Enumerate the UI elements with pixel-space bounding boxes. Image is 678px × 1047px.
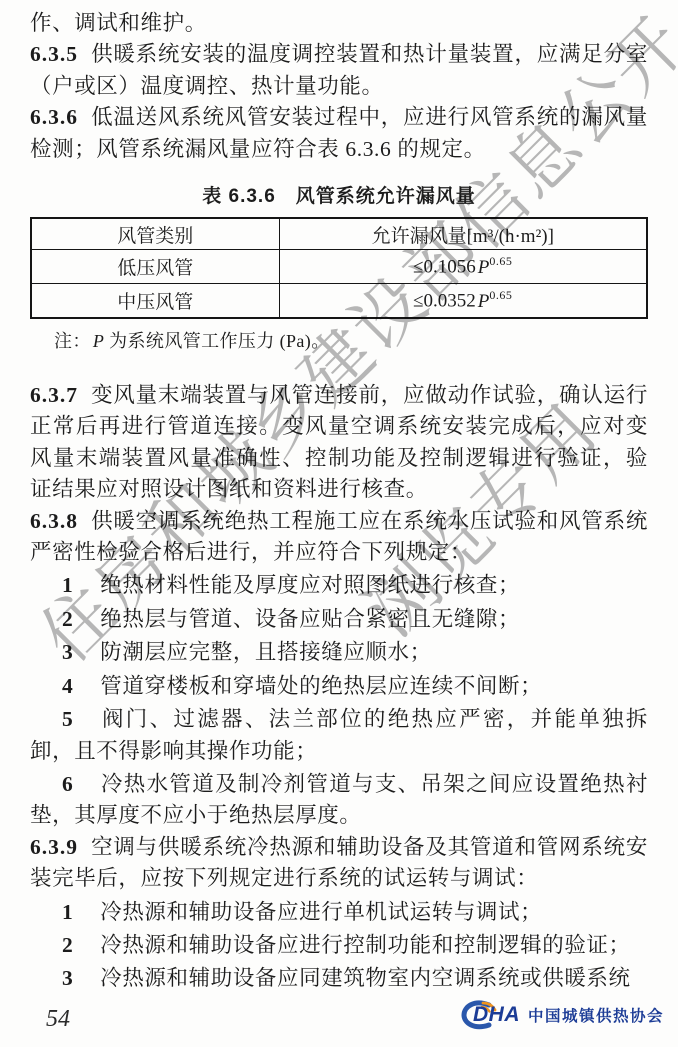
table-row: 低压风管 ≤0.1056P0.65 bbox=[31, 250, 647, 284]
item-number: 4 bbox=[62, 674, 73, 698]
clause-number: 6.3.5 bbox=[30, 42, 78, 66]
clause-text: 供暖系统安装的温度调控装置和热计量装置，应满足分室（户或区）温度调控、热计量功能… bbox=[30, 42, 648, 97]
cell-category: 中压风管 bbox=[31, 284, 279, 319]
clause-text: 变风量末端装置与风管连接前，应做动作试验，确认运行正常后再进行管道连接。变风量空… bbox=[30, 383, 648, 501]
item-number: 3 bbox=[62, 966, 73, 990]
item-number: 1 bbox=[62, 573, 73, 597]
limit-variable: P bbox=[476, 257, 490, 278]
cell-limit: ≤0.0352P0.65 bbox=[279, 284, 647, 319]
list-item: 3防潮层应完整，且搭接缝应顺水； bbox=[30, 637, 648, 668]
limit-prefix: ≤0.1056 bbox=[413, 257, 476, 278]
note-label: 注： bbox=[54, 331, 91, 351]
item-number: 3 bbox=[62, 640, 73, 664]
dha-logo-text: DHA bbox=[473, 1003, 520, 1027]
item-text: 防潮层应完整，且搭接缝应顺水； bbox=[100, 640, 432, 664]
clause-text: 供暖空调系统绝热工程施工应在系统水压试验和风管系统严密性检验合格后进行，并应符合… bbox=[30, 509, 648, 564]
limit-prefix: ≤0.0352 bbox=[413, 291, 476, 312]
clause-6-3-9: 6.3.9空调与供暖系统冷热源和辅助设备及其管道和管网系统安装完毕后，应按下列规… bbox=[30, 832, 648, 895]
clause-text: 空调与供暖系统冷热源和辅助设备及其管道和管网系统安装完毕后，应按下列规定进行系统… bbox=[30, 835, 648, 890]
item-text: 绝热材料性能及厚度应对照图纸进行核查； bbox=[100, 573, 520, 597]
limit-variable: P bbox=[476, 291, 490, 312]
note-variable: P bbox=[91, 331, 104, 351]
list-item: 2冷热源和辅助设备应进行控制功能和控制逻辑的验证； bbox=[30, 930, 648, 961]
table-header-row: 风管类别 允许漏风量[m³/(h·m²)] bbox=[31, 218, 647, 250]
clause-6-3-8: 6.3.8供暖空调系统绝热工程施工应在系统水压试验和风管系统严密性检验合格后进行… bbox=[30, 506, 648, 569]
clause-number: 6.3.7 bbox=[30, 383, 78, 407]
list-item: 2绝热层与管道、设备应贴合紧密且无缝隙； bbox=[30, 604, 648, 635]
clause-6-3-7: 6.3.7变风量末端装置与风管连接前，应做动作试验，确认运行正常后再进行管道连接… bbox=[30, 380, 648, 506]
association-name: 中国城镇供热协会 bbox=[528, 1004, 664, 1026]
item-text: 冷热源和辅助设备应进行单机试运转与调试； bbox=[100, 900, 542, 924]
item-text: 阀门、过滤器、法兰部位的绝热应严密，并能单独拆卸，且不得影响其操作功能； bbox=[30, 707, 648, 762]
list-item: 6冷热水管道及制冷剂管道与支、吊架之间应设置绝热衬垫，其厚度不应小于绝热层厚度。 bbox=[30, 769, 648, 832]
table-row: 中压风管 ≤0.0352P0.65 bbox=[31, 284, 647, 319]
item-number: 1 bbox=[62, 900, 73, 924]
association-logo: DHA 中国城镇供热协会 bbox=[459, 998, 664, 1032]
cell-category: 低压风管 bbox=[31, 250, 279, 284]
item-text: 冷热源和辅助设备应同建筑物室内空调系统或供暖系统 bbox=[100, 966, 630, 990]
item-text: 冷热水管道及制冷剂管道与支、吊架之间应设置绝热衬垫，其厚度不应小于绝热层厚度。 bbox=[30, 772, 648, 827]
page-number: 54 bbox=[46, 1006, 70, 1033]
table-title: 表 6.3.6 风管系统允许漏风量 bbox=[30, 181, 648, 208]
table-note: 注：P 为系统风管工作压力 (Pa)。 bbox=[54, 330, 648, 352]
list-item: 1冷热源和辅助设备应进行单机试运转与调试； bbox=[30, 897, 648, 928]
clause-6-3-6: 6.3.6低温送风系统风管安装过程中，应进行风管系统的漏风量检测；风管系统漏风量… bbox=[30, 102, 648, 165]
clause-text: 低温送风系统风管安装过程中，应进行风管系统的漏风量检测；风管系统漏风量应符合表 … bbox=[30, 105, 648, 160]
item-number: 2 bbox=[62, 933, 73, 957]
item-number: 5 bbox=[62, 707, 73, 731]
clause-number: 6.3.9 bbox=[30, 835, 78, 859]
document-page: 作、调试和维护。 6.3.5供暖系统安装的温度调控装置和热计量装置，应满足分室（… bbox=[0, 0, 678, 1047]
continuation-paragraph: 作、调试和维护。 bbox=[30, 8, 648, 39]
list-item: 1绝热材料性能及厚度应对照图纸进行核查； bbox=[30, 570, 648, 601]
header-allowed-leakage: 允许漏风量[m³/(h·m²)] bbox=[279, 218, 647, 250]
list-item: 5阀门、过滤器、法兰部位的绝热应严密，并能单独拆卸，且不得影响其操作功能； bbox=[30, 704, 648, 767]
item-number: 6 bbox=[62, 772, 73, 796]
header-duct-category: 风管类别 bbox=[31, 218, 279, 250]
item-text: 绝热层与管道、设备应贴合紧密且无缝隙； bbox=[100, 607, 520, 631]
item-number: 2 bbox=[62, 607, 73, 631]
clause-6-3-5: 6.3.5供暖系统安装的温度调控装置和热计量装置，应满足分室（户或区）温度调控、… bbox=[30, 39, 648, 102]
list-item: 4管道穿楼板和穿墙处的绝热层应连续不间断； bbox=[30, 671, 648, 702]
item-text: 冷热源和辅助设备应进行控制功能和控制逻辑的验证； bbox=[100, 933, 630, 957]
note-text: 为系统风管工作压力 (Pa)。 bbox=[104, 331, 329, 351]
paragraph-text: 作、调试和维护。 bbox=[30, 11, 207, 35]
item-text: 管道穿楼板和穿墙处的绝热层应连续不间断； bbox=[100, 674, 542, 698]
limit-exponent: 0.65 bbox=[489, 288, 512, 302]
clause-number: 6.3.6 bbox=[30, 105, 78, 129]
list-item: 3冷热源和辅助设备应同建筑物室内空调系统或供暖系统 bbox=[30, 963, 648, 994]
leakage-table: 风管类别 允许漏风量[m³/(h·m²)] 低压风管 ≤0.1056P0.65 … bbox=[30, 217, 648, 319]
limit-exponent: 0.65 bbox=[489, 254, 512, 268]
cell-limit: ≤0.1056P0.65 bbox=[279, 250, 647, 284]
clause-number: 6.3.8 bbox=[30, 509, 78, 533]
page-body: 作、调试和维护。 6.3.5供暖系统安装的温度调控装置和热计量装置，应满足分室（… bbox=[0, 0, 678, 995]
